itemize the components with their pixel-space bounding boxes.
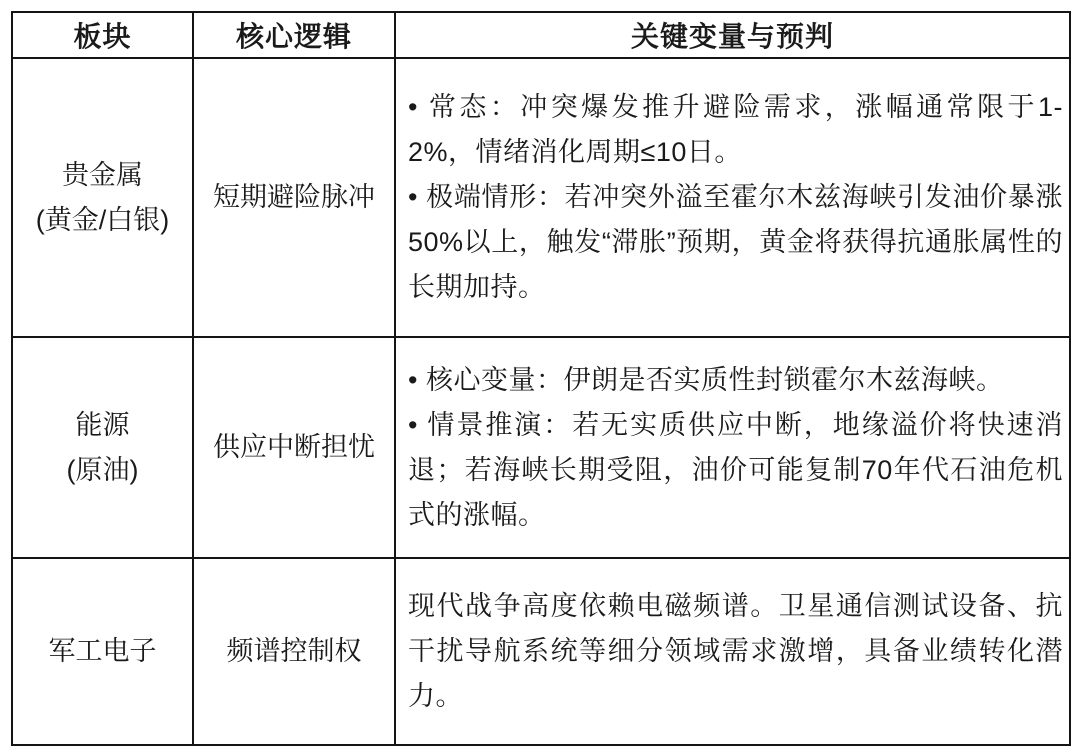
logic-cell-energy: 供应中断担忧 — [193, 337, 395, 558]
sector-subname: (原油) — [17, 448, 188, 493]
detail-bullet-normal-case: • 常态：冲突爆发推升避险需求，涨幅通常限于1-2%，情绪消化周期≤10日。 — [408, 85, 1063, 175]
sector-cell-energy: 能源 (原油) — [12, 337, 193, 558]
sector-analysis-table: 板块 核心逻辑 关键变量与预判 贵金属 (黄金/白银) 短期避险脉冲 • 常态：… — [11, 11, 1071, 746]
sector-name: 贵金属 — [17, 153, 188, 198]
details-cell-defense-electronics: 现代战争高度依赖电磁频谱。卫星通信测试设备、抗干扰导航系统等细分领域需求激增，具… — [395, 558, 1070, 745]
sector-subname: (黄金/白银) — [17, 198, 188, 243]
details-cell-precious-metals: • 常态：冲突爆发推升避险需求，涨幅通常限于1-2%，情绪消化周期≤10日。 •… — [395, 58, 1070, 337]
details-cell-energy: • 核心变量：伊朗是否实质性封锁霍尔木兹海峡。 • 情景推演：若无实质供应中断，… — [395, 337, 1070, 558]
detail-bullet-core-variable: • 核心变量：伊朗是否实质性封锁霍尔木兹海峡。 — [408, 358, 1063, 403]
column-header-core-logic: 核心逻辑 — [193, 12, 395, 58]
detail-bullet-scenario: • 情景推演：若无实质供应中断，地缘溢价将快速消退；若海峡长期受阻，油价可能复制… — [408, 403, 1063, 538]
table-row-energy: 能源 (原油) 供应中断担忧 • 核心变量：伊朗是否实质性封锁霍尔木兹海峡。 •… — [12, 337, 1070, 558]
detail-bullet-extreme-case: • 极端情形：若冲突外溢至霍尔木兹海峡引发油价暴涨50%以上，触发“滞胀”预期，… — [408, 175, 1063, 310]
table-row-precious-metals: 贵金属 (黄金/白银) 短期避险脉冲 • 常态：冲突爆发推升避险需求，涨幅通常限… — [12, 58, 1070, 337]
sector-name: 能源 — [17, 403, 188, 448]
sector-name: 军工电子 — [17, 629, 188, 674]
sector-cell-precious-metals: 贵金属 (黄金/白银) — [12, 58, 193, 337]
column-header-key-variables: 关键变量与预判 — [395, 12, 1070, 58]
sector-cell-defense-electronics: 军工电子 — [12, 558, 193, 745]
column-header-sector: 板块 — [12, 12, 193, 58]
table-header-row: 板块 核心逻辑 关键变量与预判 — [12, 12, 1070, 58]
detail-paragraph-spectrum: 现代战争高度依赖电磁频谱。卫星通信测试设备、抗干扰导航系统等细分领域需求激增，具… — [408, 584, 1063, 719]
logic-cell-defense-electronics: 频谱控制权 — [193, 558, 395, 745]
logic-cell-precious-metals: 短期避险脉冲 — [193, 58, 395, 337]
table-row-defense-electronics: 军工电子 频谱控制权 现代战争高度依赖电磁频谱。卫星通信测试设备、抗干扰导航系统… — [12, 558, 1070, 745]
